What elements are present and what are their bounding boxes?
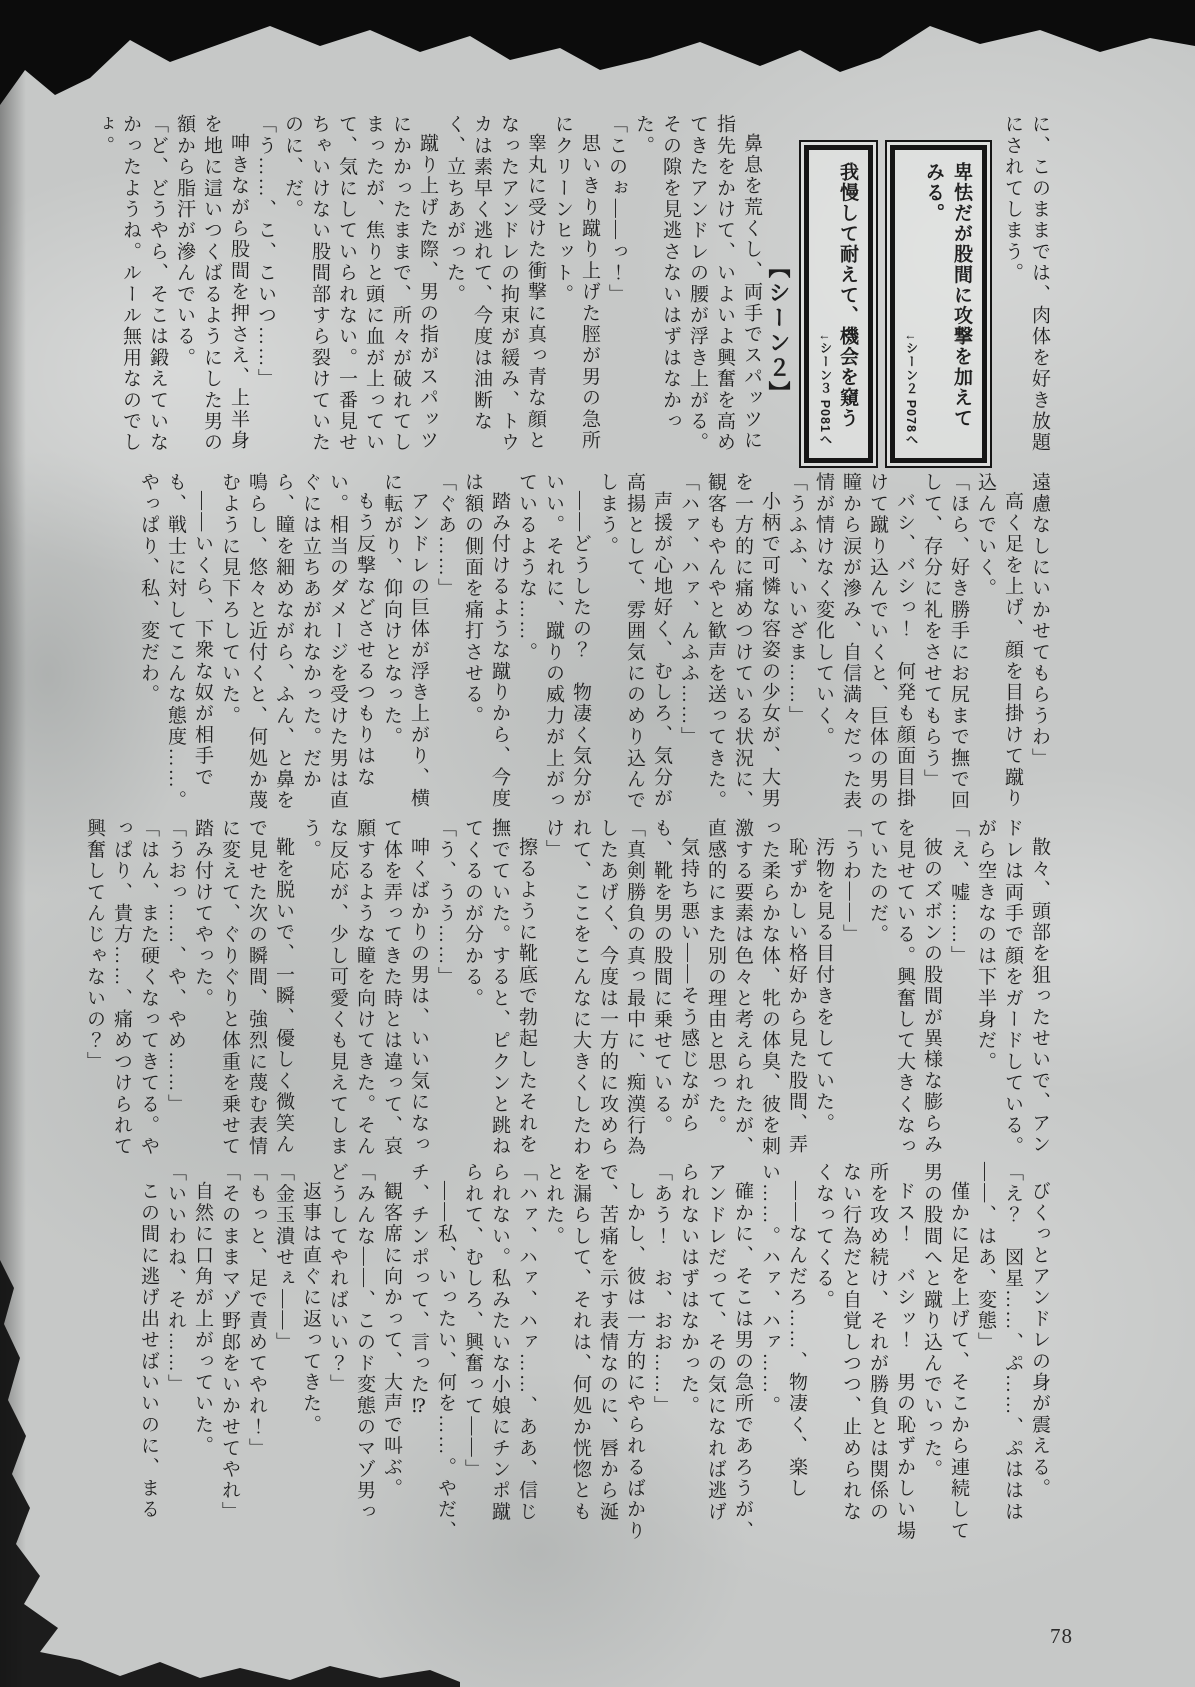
paragraph: しかし、彼は一方的にやられるばかりで、苦痛を示す表情なのに、唇から涎を漏らして、…: [540, 1162, 648, 1542]
paragraph: 「もっと、足で責めてやれ！」: [243, 1162, 270, 1542]
choice-label: 卑怯だが股間に攻撃を加えてみる。: [919, 162, 975, 446]
choice-box-attack: 卑怯だが股間に攻撃を加えてみる。 ↓シーン２ P078へ: [885, 140, 992, 468]
paragraph: ドス！ バシッ！ 男の恥ずかしい場所を攻め続け、それが勝負とは関係のない行為だと…: [810, 1162, 918, 1542]
paragraph: びくっとアンドレの身が震える。: [1026, 1162, 1053, 1542]
paragraph: ——いくら、下衆な奴が相手でも、戦士に対してこんな態度……。やっぱり、私、変だわ…: [135, 472, 216, 820]
paragraph: 散々、頭部を狙ったせいで、アンドレは両手で顔をガードしている。がら空きなのは下半…: [972, 818, 1053, 1164]
paragraph: 呻きながら股間を押さえ、上半身を地に這いつくばるようにした男の額から脂汗が滲んで…: [171, 114, 252, 468]
paragraph: 「え、嘘……」: [945, 818, 972, 1164]
paragraph: 「う……、こ、こいつ……」: [252, 114, 279, 468]
paragraph: 鼻息を荒くし、両手でスパッツに指先をかけて、いよいよ興奮を高めてきたアンドレの腰…: [630, 114, 765, 468]
choice-label: 我慢して耐えて、機会を窺う: [833, 162, 861, 446]
paragraph: 「いいわね、それ……」: [162, 1162, 189, 1542]
paragraph: 「あう！ お、おお……」: [648, 1162, 675, 1542]
paragraph: 返事は直ぐに返ってきた。: [297, 1162, 324, 1542]
choice-goto: ↓シーン３ P081へ: [816, 162, 833, 446]
paragraph: ——なんだろ……、物凄く、楽しい……。ハァ、ハァ……。: [756, 1162, 810, 1542]
paragraph: 気持ち悪い——そう感じながらも、靴を男の股間に乗せている。: [648, 818, 702, 1164]
paragraph: 僅かに足を上げて、そこから連続して男の股間へと蹴り込んでいった。: [918, 1162, 972, 1542]
paragraph: 「そのままマゾ野郎をいかせてやれ」: [216, 1162, 243, 1542]
scene-header: 【シーン２】: [765, 114, 792, 468]
paragraph: に、このままでは、肉体を好き放題にされてしまう。: [999, 114, 1053, 468]
paragraph: 「金玉潰せぇ——」: [270, 1162, 297, 1542]
paragraph: 観客席に向かって、大声で叫ぶ。: [378, 1162, 405, 1542]
scanned-book-page: { "page_number": "78", "content": { "ope…: [0, 0, 1195, 1687]
paragraph: ——私、いったい、何を……。やだ、チ、チンポって、言った⁉: [405, 1162, 459, 1542]
paragraph: 「う、うう……」: [432, 818, 459, 1164]
paragraph: 声援が心地好く、むしろ、気分が高揚として、雰囲気にのめり込んでしまう。: [594, 472, 675, 820]
paragraph: この間に逃げ出せばいいのに、まる: [135, 1162, 162, 1542]
text-band-2: 遠慮なしにいかせてもらうわ」 高く足を上げ、顔を目掛けて蹴り込んでいく。 「ほら…: [138, 472, 1053, 820]
paragraph: 踏み付けるような蹴りから、今度は額の側面を痛打させる。: [459, 472, 513, 820]
paragraph: 睾丸に受けた衝撃に真っ青な顔となったアンドレの拘束が緩み、トウカは素早く逃れて、…: [441, 114, 549, 468]
paragraph: 「ハァ、ハァ、んふふ……」: [675, 472, 702, 820]
paragraph: 擦るように靴底で勃起したそれを撫でていた。すると、ピクンと跳ねてくるのが分かる。: [459, 818, 540, 1164]
text-band-1: に、このままでは、肉体を好き放題にされてしまう。 卑怯だが股間に攻撃を加えてみる…: [138, 114, 1053, 468]
paragraph: 「ど、どうやら、そこは鍛えていなかったようね。ルール無用なのでしょ。: [90, 114, 171, 468]
paragraph: 確かに、そこは男の急所であろうが、アンドレだって、その気になれば逃げられないはず…: [675, 1162, 756, 1542]
paragraph: 「え？ 図星……、ぷ……、ぷははは——、はあ、変態」: [972, 1162, 1026, 1542]
paragraph: ——どうしたの？ 物凄く気分がいい。それに、蹴りの威力が上がっているような……。: [513, 472, 594, 820]
paragraph: 「真剣勝負の真っ最中に、痴漢行為したあげく、今度は一方的に攻められて、ここをこん…: [540, 818, 648, 1164]
paragraph: 「うふふ、いいざま……」: [783, 472, 810, 820]
paragraph: 「うわ——」: [837, 818, 864, 1164]
paragraph: 思いきり蹴り上げた脛が男の急所にクリーンヒット。: [549, 114, 603, 468]
choice-box-endure: 我慢して耐えて、機会を窺う ↓シーン３ P081へ: [799, 140, 878, 468]
page-number: 78: [1050, 1624, 1073, 1649]
choice-goto: ↓シーン２ P078へ: [902, 162, 919, 446]
choice-box-inner: 卑怯だが股間に攻撃を加えてみる。 ↓シーン２ P078へ: [890, 145, 987, 463]
paragraph: 「ぐあ……」: [432, 472, 459, 820]
paragraph: 小柄で可憐な容姿の少女が、大男を一方的に痛めつけている状況に、観客もやんやと歓声…: [702, 472, 783, 820]
text-band-3: 散々、頭部を狙ったせいで、アンドレは両手で顔をガードしている。がら空きなのは下半…: [138, 818, 1053, 1164]
top-grunge-texture: [0, 0, 1195, 110]
paragraph: 呻くばかりの男は、いい気になって体を弄ってきた時とは違って、哀願するような瞳を向…: [297, 818, 432, 1164]
paragraph: 靴を脱いで、一瞬、優しく微笑んで見せた次の瞬間、強烈に蔑む表情に変えて、ぐりぐり…: [189, 818, 297, 1164]
paragraph: バシ、バシっ！ 何発も顔面目掛けて蹴り込んでいくと、巨体の男の瞳から涙が滲み、自…: [810, 472, 918, 820]
paragraph: 汚物を見る目付きをしていた。: [810, 818, 837, 1164]
text-band-4: びくっとアンドレの身が震える。 「え？ 図星……、ぷ……、ぷははは——、はあ、変…: [138, 1162, 1053, 1542]
paragraph: アンドレの巨体が浮き上がり、横に転がり、仰向けとなった。: [378, 472, 432, 820]
choice-box-inner: 我慢して耐えて、機会を窺う ↓シーン３ P081へ: [804, 145, 873, 463]
paragraph: 高く足を上げ、顔を目掛けて蹴り込んでいく。: [972, 472, 1026, 820]
paragraph: 蹴り上げた際、男の指がスパッツにかかったままで、所々が破れてしまったが、焦りと頭…: [279, 114, 441, 468]
paragraph: 遠慮なしにいかせてもらうわ」: [1026, 472, 1053, 820]
paragraph: 「このぉ——っ！」: [603, 114, 630, 468]
paragraph: 自然に口角が上がっていた。: [189, 1162, 216, 1542]
paragraph: 「うおっ……、や、やめ……」: [162, 818, 189, 1164]
paragraph: もう反撃などさせるつもりはない。相当のダメージを受けた男は直ぐには立ちあがれなか…: [216, 472, 378, 820]
paragraph: 「はん、また硬くなってきてる。やっぱり、貴方……、痛めつけられて興奮してんじゃな…: [81, 818, 162, 1164]
paragraph: 恥ずかしい格好から見た股間、弄った柔らかな体、牝の体臭、彼を刺激する要素は色々と…: [702, 818, 810, 1164]
paragraph: 「みんな——、このド変態のマゾ男っどうしてやればいい？」: [324, 1162, 378, 1542]
paragraph: 「ほら、好き勝手にお尻まで撫で回して、存分に礼をさせてもらう」: [918, 472, 972, 820]
paragraph: 彼のズボンの股間が異様な膨らみを見せている。興奮して大きくなっていたのだ。: [864, 818, 945, 1164]
paragraph: 「ハァ、ハァ、ハァ……、ああ、信じられない。私みたいな小娘にチンポ蹴られて、むし…: [459, 1162, 540, 1542]
